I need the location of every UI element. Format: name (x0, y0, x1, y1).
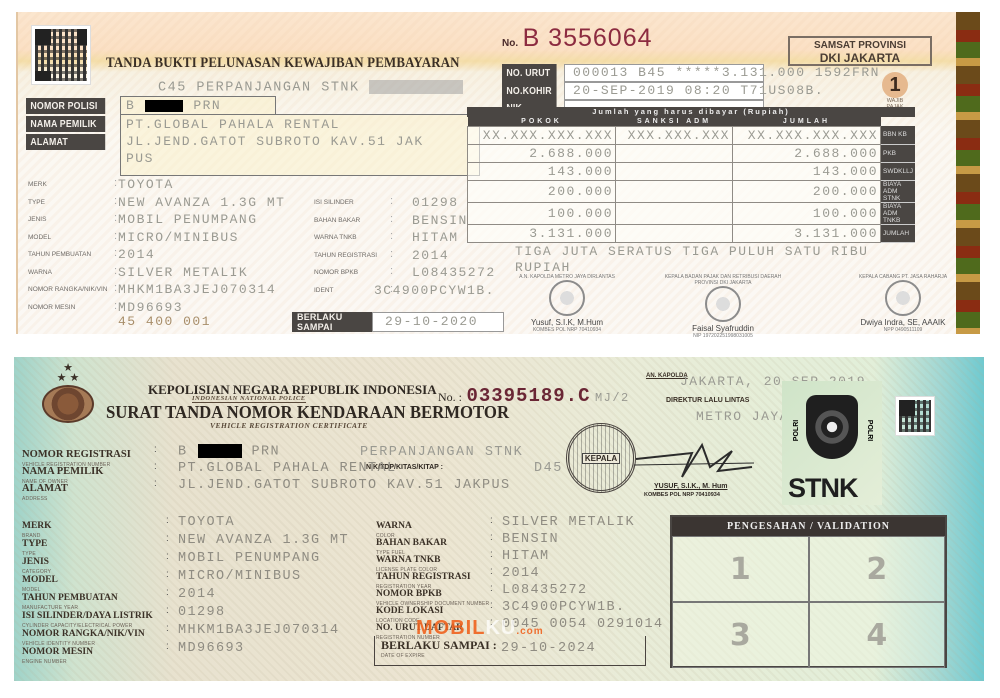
stnk-vehicle-field: BAHAN BAKARTYPE FUEL (376, 532, 496, 550)
vehicle-field-label: TAHUN REGISTRASI (314, 252, 390, 259)
payment-row-tag: SWDKLLJ (881, 162, 915, 180)
stnk-vehicle-field: MERKBRAND (22, 515, 182, 533)
payment-sanksi-cell (616, 202, 733, 224)
colon: : (490, 566, 493, 577)
validation-cell-1: 1 (672, 536, 809, 602)
stnk-field-value: MICRO/MINIBUS (178, 569, 302, 584)
receipt-number: No. B 3556064 (502, 24, 653, 53)
signer-id: KOMBES POL NRP 70410934 (644, 492, 720, 498)
stnk-vehicle-field: JENISCATEGORY (22, 551, 182, 569)
hologram: POLRI POLRI STNK (782, 381, 882, 505)
col-pokok: POKOK (468, 117, 616, 126)
stnk-valid-until-label: BERLAKU SAMPAI : (381, 640, 497, 650)
stnk-vehicle-field: WARNA TNKBLICENSE PLATE COLOR (376, 549, 496, 567)
payment-jumlah-cell: 143.000 (733, 162, 881, 180)
issuer-line2: DIREKTUR LALU LINTAS (666, 397, 749, 404)
colon: : (114, 300, 117, 312)
stnk-field-value: TOYOTA (178, 515, 235, 530)
colon: : (166, 551, 169, 562)
vehicle-field-value: MHKM1BA3JEJ070314 (118, 282, 276, 297)
colon: : (390, 230, 393, 242)
payment-row: 3.131.0003.131.000JUMLAH (468, 224, 916, 242)
stnk-owner-field: ALAMATADDRESS (22, 478, 192, 496)
payment-pokok-cell: 143.000 (468, 162, 616, 180)
colon: : (390, 265, 393, 277)
ref-row-kohir: NO.KOHIR 20-SEP-2019 08:20 T71US08B. (502, 82, 764, 100)
stnk-field-value: SILVER METALIK (502, 515, 635, 530)
stnk-valid-until-sub: DATE OF EXPIRE (381, 653, 425, 659)
stnk-field-label: WARNA (376, 521, 412, 531)
issuer-line3: METRO JAYA (696, 409, 789, 424)
stnk-field-value: MD96693 (178, 641, 245, 656)
colon: : (114, 247, 117, 259)
colon: : (154, 444, 157, 455)
stnk-number-overprint: MJ/2 (595, 391, 630, 405)
skpd-payment-receipt: TANDA BUKTI PELUNASAN KEWAJIBAN PEMBAYAR… (16, 12, 980, 334)
stnk-field-value: PT.GLOBAL PAHALA RENTAL (178, 461, 397, 476)
stnk-valid-until-box: BERLAKU SAMPAI : DATE OF EXPIRE 29-10-20… (374, 636, 646, 666)
blurred-redaction (369, 80, 463, 94)
copy-number-icon: 1 (882, 72, 908, 98)
payment-row: 2.688.0002.688.000PKB (468, 144, 916, 162)
payment-pokok-cell: 3.131.000 (468, 224, 616, 242)
colon: : (490, 600, 493, 611)
payment-row-tag: BIAYA ADM STNK (881, 180, 915, 202)
payment-pokok-cell: 200.000 (468, 180, 616, 202)
stnk-field-label: NOMOR BPKB (376, 589, 442, 599)
signatory-block: KEPALA CABANG PT. JASA RAHARJADwiya Indr… (838, 274, 968, 333)
col-sanksi: SANKSI ADM (616, 117, 733, 126)
stnk-field-label: MERK (22, 521, 52, 531)
stamp-icon (705, 286, 741, 322)
payment-pokok-cell: 100.000 (468, 202, 616, 224)
stnk-valid-until-date: 29-10-2024 (501, 641, 596, 656)
transaction-text: C45 PERPANJANGAN STNK (158, 81, 360, 96)
qr-code-icon (32, 26, 90, 84)
vehicle-field-value: 2014 (118, 247, 155, 262)
stnk-vehicle-field: NOMOR MESINENGINE NUMBER (22, 641, 182, 659)
plate-suffix: PRN (252, 445, 281, 460)
stnk-field-value: 2014 (502, 566, 540, 581)
stnk-transaction: PERPANJANGAN STNK (360, 445, 523, 460)
vehicle-field-label: TYPE (28, 199, 114, 206)
signer-name: YUSUF, S.I.K., M. Hum (654, 483, 728, 490)
vehicle-field-label: JENIS (28, 216, 114, 223)
colon: : (166, 587, 169, 598)
validation-cell-3: 3 (672, 602, 809, 668)
payment-pokok-cell: 2.688.000 (468, 144, 616, 162)
colon: : (114, 282, 117, 294)
star-icon: ★★ ★ (38, 363, 98, 383)
payment-row: 143.000143.000SWDKLLJ (468, 162, 916, 180)
redacted-block (198, 444, 242, 458)
colon: : (114, 230, 117, 242)
plate-number: BPRN (126, 98, 221, 113)
stnk-field-value: L08435272 (502, 583, 588, 598)
payment-pokok-cell: XX.XXX.XXX.XXX (468, 126, 616, 144)
stnk-field-value: 2014 (178, 587, 216, 602)
stnk-plate-value: BPRN (178, 444, 280, 460)
owner-address: JL.JEND.GATOT SUBROTO KAV.51 JAK (126, 134, 424, 149)
stnk-field-label: ISI SILINDER/DAYA LISTRIK (22, 611, 153, 621)
vehicle-field-label: MERK (28, 181, 114, 188)
payment-sanksi-cell (616, 180, 733, 202)
signatory-block: A.N. KAPOLDA METRO JAYA DIRLANTASYusuf, … (502, 274, 632, 333)
official-seal: KEPALA (566, 423, 636, 493)
hologram-stnk-label: STNK (788, 473, 858, 504)
colon: : (490, 532, 493, 543)
payment-jumlah-cell: 100.000 (733, 202, 881, 224)
vehicle-field-label: NOMOR RANGKA/NIK/VIN (28, 286, 114, 293)
stnk-field-label: BAHAN BAKAR (376, 538, 447, 548)
signatory-id: NIP 197202251998031005 (658, 333, 788, 339)
payment-row-tag: PKB (881, 144, 915, 162)
plate-suffix: PRN (193, 98, 221, 113)
stnk-field-label: TAHUN PEMBUATAN (22, 593, 118, 603)
plate-prefix: B (126, 98, 135, 113)
stnk-vehicle-field: MODELMODEL (22, 569, 182, 587)
validation-cell-2: 2 (809, 536, 946, 602)
nik-value: D45 (534, 461, 563, 476)
stnk-vehicle-field: ISI SILINDER/DAYA LISTRIKCYLINDER CAPACI… (22, 605, 182, 623)
payment-jumlah-cell: 200.000 (733, 180, 881, 202)
payment-table: POKOK SANKSI ADM JUMLAH XX.XXX.XXX.XXXXX… (467, 117, 915, 243)
stamp-icon (549, 280, 585, 316)
vehicle-field-label: WARNA (28, 269, 114, 276)
colon: : (166, 533, 169, 544)
payment-jumlah-cell: 3.131.000 (733, 224, 881, 242)
owner-name: PT.GLOBAL PAHALA RENTAL (126, 117, 340, 132)
signatory-block: KEPALA BADAN PAJAK DAN RETRIBUSI DAERAH … (658, 274, 788, 339)
stnk-vehicle-field: TAHUN PEMBUATANMANUFACTURE YEAR (22, 587, 182, 605)
colon: : (166, 623, 169, 634)
plate-prefix: B (178, 445, 188, 460)
stnk-vehicle-field: KODE LOKASILOCATION CODE (376, 600, 496, 618)
owner-labels: NOMOR POLISI NAMA PEMILIK ALAMAT (26, 98, 116, 152)
stnk-field-value: MHKM1BA3JEJ070314 (178, 623, 340, 638)
stnk-field-label: JENIS (22, 557, 49, 567)
stnk-field-label: NOMOR REGISTRASI (22, 449, 131, 460)
signatory-name: Faisal Syafruddin (658, 324, 788, 333)
stnk-field-label: NOMOR RANGKA/NIK/VIN (22, 629, 145, 639)
samsat-stamp: SAMSAT PROVINSI DKI JAKARTA (788, 36, 932, 66)
validation-header: PENGESAHAN / VALIDATION (672, 517, 945, 536)
payment-sanksi-cell: XXX.XXX.XXX (616, 126, 733, 144)
vehicle-field-label: TAHUN PEMBUATAN (28, 251, 114, 258)
colon: : (390, 195, 393, 207)
vehicle-field-value: 3C4900PCYW1B. (374, 283, 495, 298)
vehicle-field-value: L08435272 (412, 265, 496, 280)
payment-row: XX.XXX.XXX.XXXXXX.XXX.XXXXX.XXX.XXX.XXXB… (468, 126, 916, 144)
colon: : (114, 212, 117, 224)
colon: : (390, 213, 393, 225)
label-no-urut: NO. URUT (502, 64, 557, 82)
receipt-title: TANDA BUKTI PELUNASAN KEWAJIBAN PEMBAYAR… (106, 55, 460, 72)
stnk-field-label: TYPE (22, 539, 47, 549)
stnk-number: No. : 03395189.C MJ/2 (438, 385, 630, 407)
colon: : (390, 248, 393, 260)
validation-grid: PENGESAHAN / VALIDATION 1 2 3 4 (670, 515, 947, 668)
colon: : (490, 515, 493, 526)
valid-until: BERLAKU SAMPAI 29-10-2020 (292, 312, 504, 332)
payment-sanksi-cell (616, 224, 733, 242)
qr-code-icon (896, 397, 934, 435)
vehicle-field-label: ISI SILINDER (314, 199, 390, 206)
payment-sanksi-cell (616, 162, 733, 180)
stnk-vehicle-field: NOMOR RANGKA/NIK/VINVEHICLE IDENTITY NUM… (22, 623, 182, 641)
vehicle-field-value: 01298 (412, 195, 459, 210)
vehicle-field-label: NOMOR MESIN (28, 304, 114, 311)
stnk-field-label: NAMA PEMILIK (22, 466, 103, 477)
col-tag (881, 117, 915, 126)
police-emblem-icon (42, 385, 94, 423)
stnk-number-prefix: No. : (438, 390, 462, 404)
colon: : (166, 515, 169, 526)
vehicle-field-value: NEW AVANZA 1.3G MT (118, 195, 285, 210)
stnk-field-label: WARNA TNKB (376, 555, 441, 565)
stnk-field-label: NOMOR MESIN (22, 647, 93, 657)
vehicle-field-value: MOBIL PENUMPANG (118, 212, 258, 227)
vehicle-field-label: NOMOR BPKB (314, 269, 390, 276)
footer-code: 45 400 001 (118, 314, 211, 329)
payment-row-tag: JUMLAH (881, 224, 915, 242)
watermark-suffix: KU (485, 617, 516, 639)
redacted-block (145, 100, 183, 112)
ref-row-urut: NO. URUT 000013 B45 *****3.131.000 1592F… (502, 64, 764, 82)
stnk-field-label: ALAMAT (22, 483, 68, 494)
signatory-title: KEPALA BADAN PAJAK DAN RETRIBUSI DAERAH … (658, 274, 788, 286)
police-shield-icon (806, 395, 858, 459)
label-nama-pemilik: NAMA PEMILIK (26, 116, 105, 132)
stnk-field-value: BENSIN (502, 532, 559, 547)
signatory-id: NPP 0490511109 (838, 327, 968, 333)
vehicle-field-value: 2014 (412, 248, 449, 263)
payment-jumlah-cell: 2.688.000 (733, 144, 881, 162)
vehicle-field-value: MICRO/MINIBUS (118, 230, 239, 245)
stnk-number-value: 03395189.C (466, 385, 590, 407)
label-nomor-polisi: NOMOR POLISI (26, 98, 105, 114)
col-jumlah: JUMLAH (733, 117, 881, 126)
label-no-kohir: NO.KOHIR (502, 82, 557, 100)
signatory-name: Yusuf, S.I.K, M.Hum (502, 318, 632, 327)
colon: : (166, 605, 169, 616)
payment-row-tag: BBN KB (881, 126, 915, 144)
watermark-tld: .com (516, 626, 543, 637)
vehicle-field-label: WARNA TNKB (314, 234, 390, 241)
colon: : (154, 461, 157, 472)
stnk-field-value: JL.JEND.GATOT SUBROTO KAV.51 JAKPUS (178, 478, 511, 493)
stnk-vehicle-field: NOMOR BPKBVEHICLE OWNERSHIP DOCUMENT NUM… (376, 583, 496, 601)
stnk-field-label: MODEL (22, 575, 58, 585)
stnk-field-value: NEW AVANZA 1.3G MT (178, 533, 349, 548)
stnk-field-sub: ADDRESS (22, 496, 192, 502)
validation-cell-4: 4 (809, 602, 946, 668)
police-emblem: ★★ ★ (38, 363, 98, 423)
transaction-line: C45 PERPANJANGAN STNK (158, 80, 463, 96)
stamp-icon (885, 280, 921, 316)
colon: : (166, 569, 169, 580)
signatory-id: KOMBES POL NRP 70410934 (502, 327, 632, 333)
value-no-urut: 000013 B45 *****3.131.000 1592FRN (564, 64, 764, 82)
amount-in-words-line2: RUPIAH (515, 260, 571, 275)
vehicle-field-value: MD96693 (118, 300, 183, 315)
payment-row: 200.000200.000BIAYA ADM STNK (468, 180, 916, 202)
seal-text: KEPALA (582, 453, 620, 464)
vehicle-field-value: HITAM (412, 230, 459, 245)
hologram-side-right: POLRI (866, 420, 873, 441)
owner-address-line2: PUS (126, 151, 154, 166)
payment-row: 100.000100.000BIAYA ADM TNKB (468, 202, 916, 224)
vehicle-field-label: MODEL (28, 234, 114, 241)
colon: : (166, 641, 169, 652)
vehicle-field-value: TOYOTA (118, 177, 174, 192)
stnk-field-value: MOBIL PENUMPANG (178, 551, 321, 566)
vehicle-field-value: SILVER METALIK (118, 265, 248, 280)
vehicle-field-label: BAHAN BAKAR (314, 217, 390, 224)
stnk-vehicle-field: TAHUN REGISTRASIREGISTRATION YEAR (376, 566, 496, 584)
watermark-logo: MOBILKU.com (416, 617, 544, 640)
colon: : (114, 265, 117, 277)
colon: : (154, 478, 157, 489)
stnk-vehicle-field: WARNACOLOR (376, 515, 496, 533)
stnk-field-value: HITAM (502, 549, 550, 564)
payment-jumlah-cell: XX.XXX.XXX.XXX (733, 126, 881, 144)
stnk-field-label: KODE LOKASI (376, 606, 443, 616)
amount-in-words: TIGA JUTA SERATUS TIGA PULUH SATU RIBU (515, 244, 868, 259)
payment-table-body: XX.XXX.XXX.XXXXXX.XXX.XXXXX.XXX.XXX.XXXB… (468, 126, 916, 242)
payment-sanksi-cell (616, 144, 733, 162)
receipt-number-prefix: No. (502, 38, 518, 49)
vehicle-field-value: BENSIN (412, 213, 468, 228)
stnk-field-sub: ENGINE NUMBER (22, 659, 182, 665)
valid-until-label: BERLAKU SAMPAI (292, 312, 372, 332)
stnk-field-label: TAHUN REGISTRASI (376, 572, 471, 582)
signatory-name: Dwiya Indra, SE, AAAIK (838, 318, 968, 327)
stnk-header-line2-sub: VEHICLE REGISTRATION CERTIFICATE (210, 421, 368, 430)
stnk-field-value: 3C4900PCYW1B. (502, 600, 626, 615)
valid-until-date: 29-10-2020 (372, 312, 504, 332)
stnk-owner-field: NAMA PEMILIKNAME OF OWNER (22, 461, 192, 479)
colon: : (114, 195, 117, 207)
payment-table-title: Jumlah yang harus dibayar (Rupiah) (467, 107, 915, 117)
samsat-line2: DKI JAKARTA (790, 52, 930, 65)
receipt-number-value: B 3556064 (523, 24, 653, 52)
payment-row-tag: BIAYA ADM TNKB (881, 202, 915, 224)
colon: : (114, 177, 117, 189)
stnk-owner-field: NOMOR REGISTRASIVEHICLE REGISTRATION NUM… (22, 444, 192, 462)
signature-icon (632, 437, 762, 485)
value-no-kohir: 20-SEP-2019 08:20 T71US08B. (564, 82, 764, 100)
label-alamat: ALAMAT (26, 134, 105, 150)
colon: : (490, 549, 493, 560)
stnk-vehicle-field: TYPETYPE (22, 533, 182, 551)
copy-badge: 1 WAJIB PAJAK (878, 72, 912, 108)
stnk-field-value: 01298 (178, 605, 226, 620)
watermark-brand: MOBIL (416, 617, 485, 639)
colon: : (490, 583, 493, 594)
hologram-side-left: POLRI (793, 420, 800, 441)
